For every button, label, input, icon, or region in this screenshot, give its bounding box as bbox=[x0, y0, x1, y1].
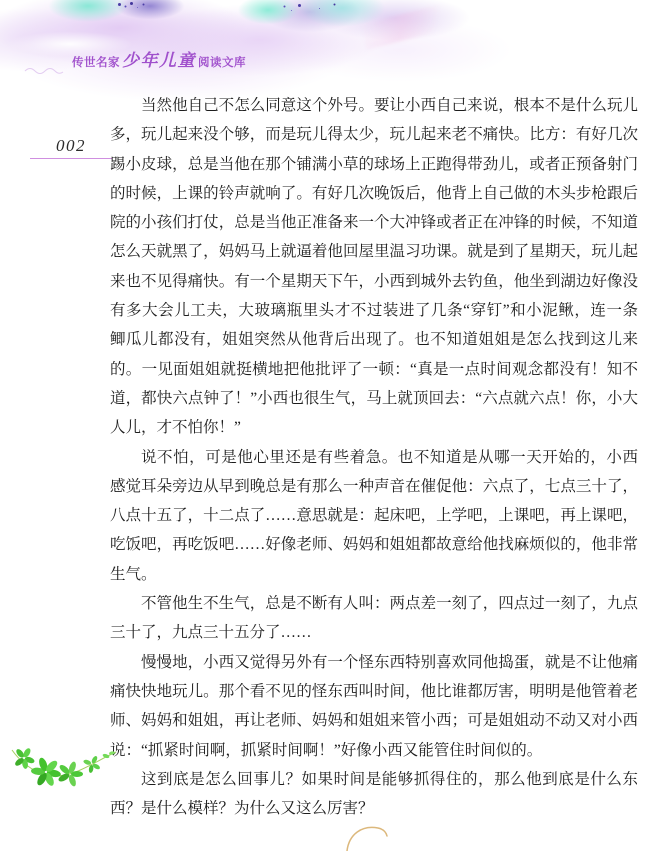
text-line: 说不怕，可是他心里还是有些着急。也不知道是从哪一天开始的，小西 bbox=[110, 443, 638, 472]
series-title-suffix: 阅读文库 bbox=[198, 54, 246, 70]
pink-brush-streak bbox=[360, 0, 463, 49]
lavender-squiggle bbox=[24, 66, 64, 76]
text-line: 人儿，才不怕你！” bbox=[110, 413, 638, 442]
text-line: 八点十五了，十二点了……意思就是：起床吧，上学吧，上课吧，再上课吧， bbox=[110, 501, 638, 530]
text-line: 师、妈妈和姐姐，再让老师、妈妈和姐姐来管小西；可是姐姐动不动又对小西 bbox=[110, 706, 638, 735]
watercolor-header: 传世名家 少年儿童 阅读文库 bbox=[0, 0, 671, 100]
text-line: 道，都快六点钟了！”小西也很生气，马上就顶回去：“六点就六点！你，小大 bbox=[110, 384, 638, 413]
text-line: 当然他自己不怎么同意这个外号。要让小西自己来说，根本不是什么玩儿得太 bbox=[110, 91, 638, 120]
text-line: 这到底是怎么回事儿？如果时间是能够抓得住的，那么他到底是什么东 bbox=[110, 765, 638, 794]
series-title: 传世名家 少年儿童 阅读文库 bbox=[72, 46, 246, 71]
series-title-script: 少年儿童 bbox=[122, 46, 196, 71]
text-line: 的。一见面姐姐就挺横地把他批评了一顿：“真是一点时间观念都没有！知不知 bbox=[110, 355, 638, 384]
text-line: 说：“抓紧时间啊，抓紧时间啊！”好像小西又能管住时间似的。 bbox=[110, 736, 638, 765]
leaf-cluster bbox=[14, 747, 36, 769]
page-number: 002 bbox=[30, 136, 112, 156]
text-line: 慢慢地，小西又觉得另外有一个怪东西特别喜欢同他捣蛋，就是不让他痛 bbox=[110, 648, 638, 677]
text-line: 鲫瓜儿都没有，姐姐突然从他背后出现了。也不知道姐姐是怎么找到这儿来 bbox=[110, 325, 638, 354]
text-line: 吃饭吧，再吃饭吧……好像老师、妈妈和姐姐都故意给他找麻烦似的，他非常 bbox=[110, 530, 638, 559]
text-line: 怎么天就黑了，妈妈马上就逼着他回屋里温习功课。就是到了星期天，玩儿起 bbox=[110, 237, 638, 266]
series-title-prefix: 传世名家 bbox=[72, 54, 120, 70]
leaf-cluster bbox=[31, 757, 62, 787]
text-line: 的时候，上课的铃声就响了。有好几次晚饭后，他背上自己做的木头步枪跟后 bbox=[110, 179, 638, 208]
text-paragraph: 慢慢地，小西又觉得另外有一个怪东西特别喜欢同他捣蛋，就是不让他痛痛快快地玩儿。那… bbox=[110, 648, 638, 765]
paint-splatter-dots bbox=[118, 3, 121, 6]
text-line: 感觉耳朵旁边从早到晚总是有那么一种声音在催促他：六点了，七点三十了， bbox=[110, 472, 638, 501]
text-paragraph: 当然他自己不怎么同意这个外号。要让小西自己来说，根本不是什么玩儿得太多，玩儿起来… bbox=[110, 91, 638, 443]
arc-decoration bbox=[338, 822, 400, 851]
text-line: 西？是什么模样？为什么又这么厉害？ bbox=[110, 794, 638, 823]
body-text: 当然他自己不怎么同意这个外号。要让小西自己来说，根本不是什么玩儿得太多，玩儿起来… bbox=[110, 91, 638, 823]
text-line: 来也不见得痛快。有一个星期天下午，小西到城外去钓鱼，他坐到湖边好像没 bbox=[110, 267, 638, 296]
text-line: 踢小皮球，总是当他在那个铺满小草的球场上正跑得带劲儿，或者正预备射门 bbox=[110, 150, 638, 179]
text-line: 有多大会儿工夫，大玻璃瓶里头才不过装进了几条“穿钉”和小泥鳅，连一条 bbox=[110, 296, 638, 325]
text-paragraph: 这到底是怎么回事儿？如果时间是能够抓得住的，那么他到底是什么东西？是什么模样？为… bbox=[110, 765, 638, 824]
book-page: 传世名家 少年儿童 阅读文库 002 当然他自己不怎么同意这个外号。要让小西自己… bbox=[0, 0, 671, 851]
page-number-rule bbox=[30, 158, 112, 159]
text-line: 痛快快地玩儿。那个看不见的怪东西叫时间，他比谁都厉害，明明是他管着老 bbox=[110, 677, 638, 706]
text-line: 三十了，九点三十五分了…… bbox=[110, 618, 638, 647]
text-line: 不管他生不生气，总是不断有人叫：两点差一刻了，四点过一刻了，九点 bbox=[110, 589, 638, 618]
text-paragraph: 说不怕，可是他心里还是有些着急。也不知道是从哪一天开始的，小西感觉耳朵旁边从早到… bbox=[110, 443, 638, 589]
page-number-block: 002 bbox=[30, 136, 112, 159]
text-line: 生气。 bbox=[110, 560, 638, 589]
text-paragraph: 不管他生不生气，总是不断有人叫：两点差一刻了，四点过一刻了，九点三十了，九点三十… bbox=[110, 589, 638, 648]
text-line: 院的小孩们打仗，总是当他正准备来一个大冲锋或者正在冲锋的时候，不知道 bbox=[110, 208, 638, 237]
text-line: 多，玩儿起来没个够，而是玩儿得太少，玩儿起来老不痛快。比方：有好几次 bbox=[110, 120, 638, 149]
vine-leaves-decoration bbox=[8, 744, 120, 796]
